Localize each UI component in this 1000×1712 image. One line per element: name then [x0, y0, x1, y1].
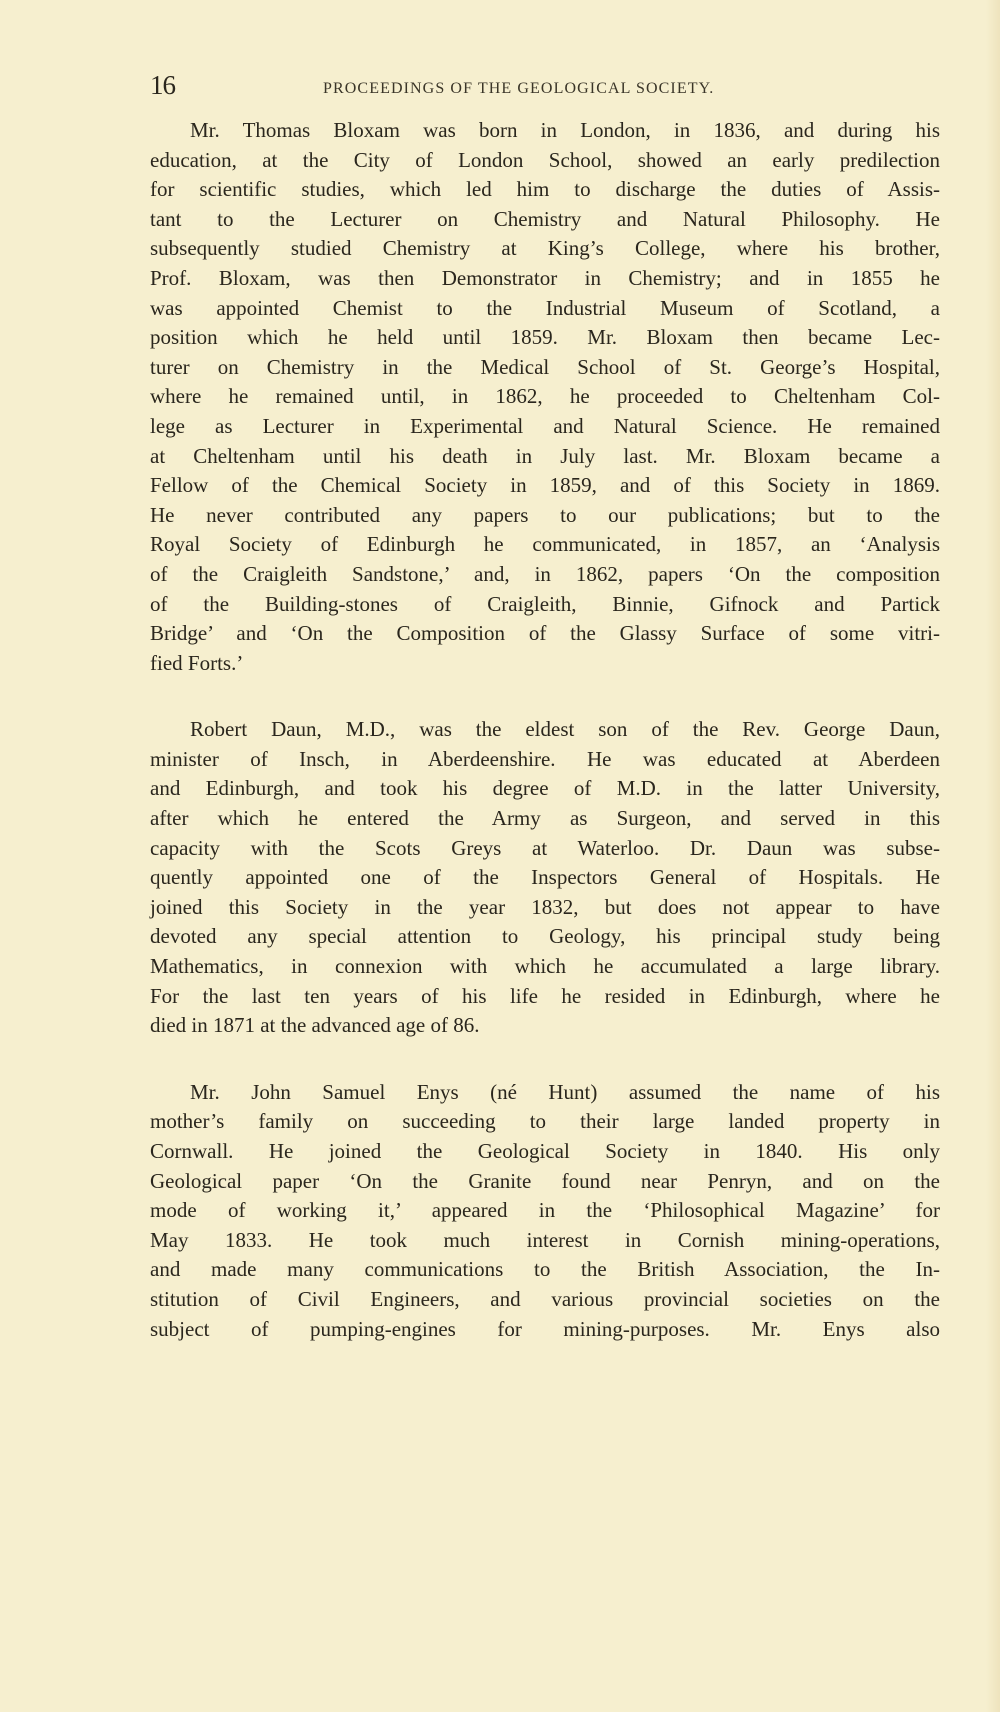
page-header: 16 PROCEEDINGS OF THE GEOLOGICAL SOCIETY… [150, 70, 950, 110]
text-line: Geological paper ‘On the Granite found n… [150, 1167, 940, 1197]
page-edge [986, 0, 1000, 1712]
text-line: position which he held until 1859. Mr. B… [150, 323, 940, 353]
obituary-bloxam: Mr. Thomas Bloxam was born in London, in… [150, 116, 940, 678]
text-line: fied Forts.’ [150, 649, 940, 679]
text-line: stitution of Civil Engineers, and variou… [150, 1285, 940, 1315]
text-line: subject of pumping-engines for mining-pu… [150, 1315, 940, 1345]
text-line: at Cheltenham until his death in July la… [150, 442, 940, 472]
running-head: PROCEEDINGS OF THE GEOLOGICAL SOCIETY. [323, 80, 714, 98]
text-line: Prof. Bloxam, was then Demonstrator in C… [150, 264, 940, 294]
text-line: Cornwall. He joined the Geological Socie… [150, 1137, 940, 1167]
text-line: died in 1871 at the advanced age of 86. [150, 1011, 940, 1041]
text-line: and made many communications to the Brit… [150, 1255, 940, 1285]
text-line: mode of working it,’ appeared in the ‘Ph… [150, 1196, 940, 1226]
text-line: Fellow of the Chemical Society in 1859, … [150, 471, 940, 501]
text-line: subsequently studied Chemistry at King’s… [150, 234, 940, 264]
text-line: Mr. John Samuel Enys (né Hunt) assumed t… [150, 1078, 940, 1108]
text-line: of the Building-stones of Craigleith, Bi… [150, 590, 940, 620]
obituary-daun: Robert Daun, M.D., was the eldest son of… [150, 715, 940, 1041]
text-line: He never contributed any papers to our p… [150, 501, 940, 531]
text-line: turer on Chemistry in the Medical School… [150, 353, 940, 383]
text-line: Royal Society of Edinburgh he communicat… [150, 530, 940, 560]
text-line: quently appointed one of the Inspectors … [150, 863, 940, 893]
text-line: Mr. Thomas Bloxam was born in London, in… [150, 116, 940, 146]
text-line: minister of Insch, in Aberdeenshire. He … [150, 745, 940, 775]
text-line: Mathematics, in connexion with which he … [150, 952, 940, 982]
obituary-enys: Mr. John Samuel Enys (né Hunt) assumed t… [150, 1078, 940, 1344]
text-line: education, at the City of London School,… [150, 146, 940, 176]
text-line: joined this Society in the year 1832, bu… [150, 893, 940, 923]
text-line: Robert Daun, M.D., was the eldest son of… [150, 715, 940, 745]
text-line: tant to the Lecturer on Chemistry and Na… [150, 205, 940, 235]
text-line: devoted any special attention to Geology… [150, 922, 940, 952]
text-line: For the last ten years of his life he re… [150, 982, 940, 1012]
body-text: Mr. Thomas Bloxam was born in London, in… [150, 116, 940, 1381]
text-line: May 1833. He took much interest in Corni… [150, 1226, 940, 1256]
text-line: mother’s family on succeeding to their l… [150, 1107, 940, 1137]
text-line: for scientific studies, which led him to… [150, 175, 940, 205]
text-line: of the Craigleith Sandstone,’ and, in 18… [150, 560, 940, 590]
text-line: after which he entered the Army as Surge… [150, 804, 940, 834]
text-line: lege as Lecturer in Experimental and Nat… [150, 412, 940, 442]
text-line: and Edinburgh, and took his degree of M.… [150, 774, 940, 804]
text-line: Bridge’ and ‘On the Composition of the G… [150, 619, 940, 649]
text-line: was appointed Chemist to the Industrial … [150, 294, 940, 324]
text-line: where he remained until, in 1862, he pro… [150, 382, 940, 412]
page-number: 16 [150, 70, 175, 101]
text-line: capacity with the Scots Greys at Waterlo… [150, 834, 940, 864]
